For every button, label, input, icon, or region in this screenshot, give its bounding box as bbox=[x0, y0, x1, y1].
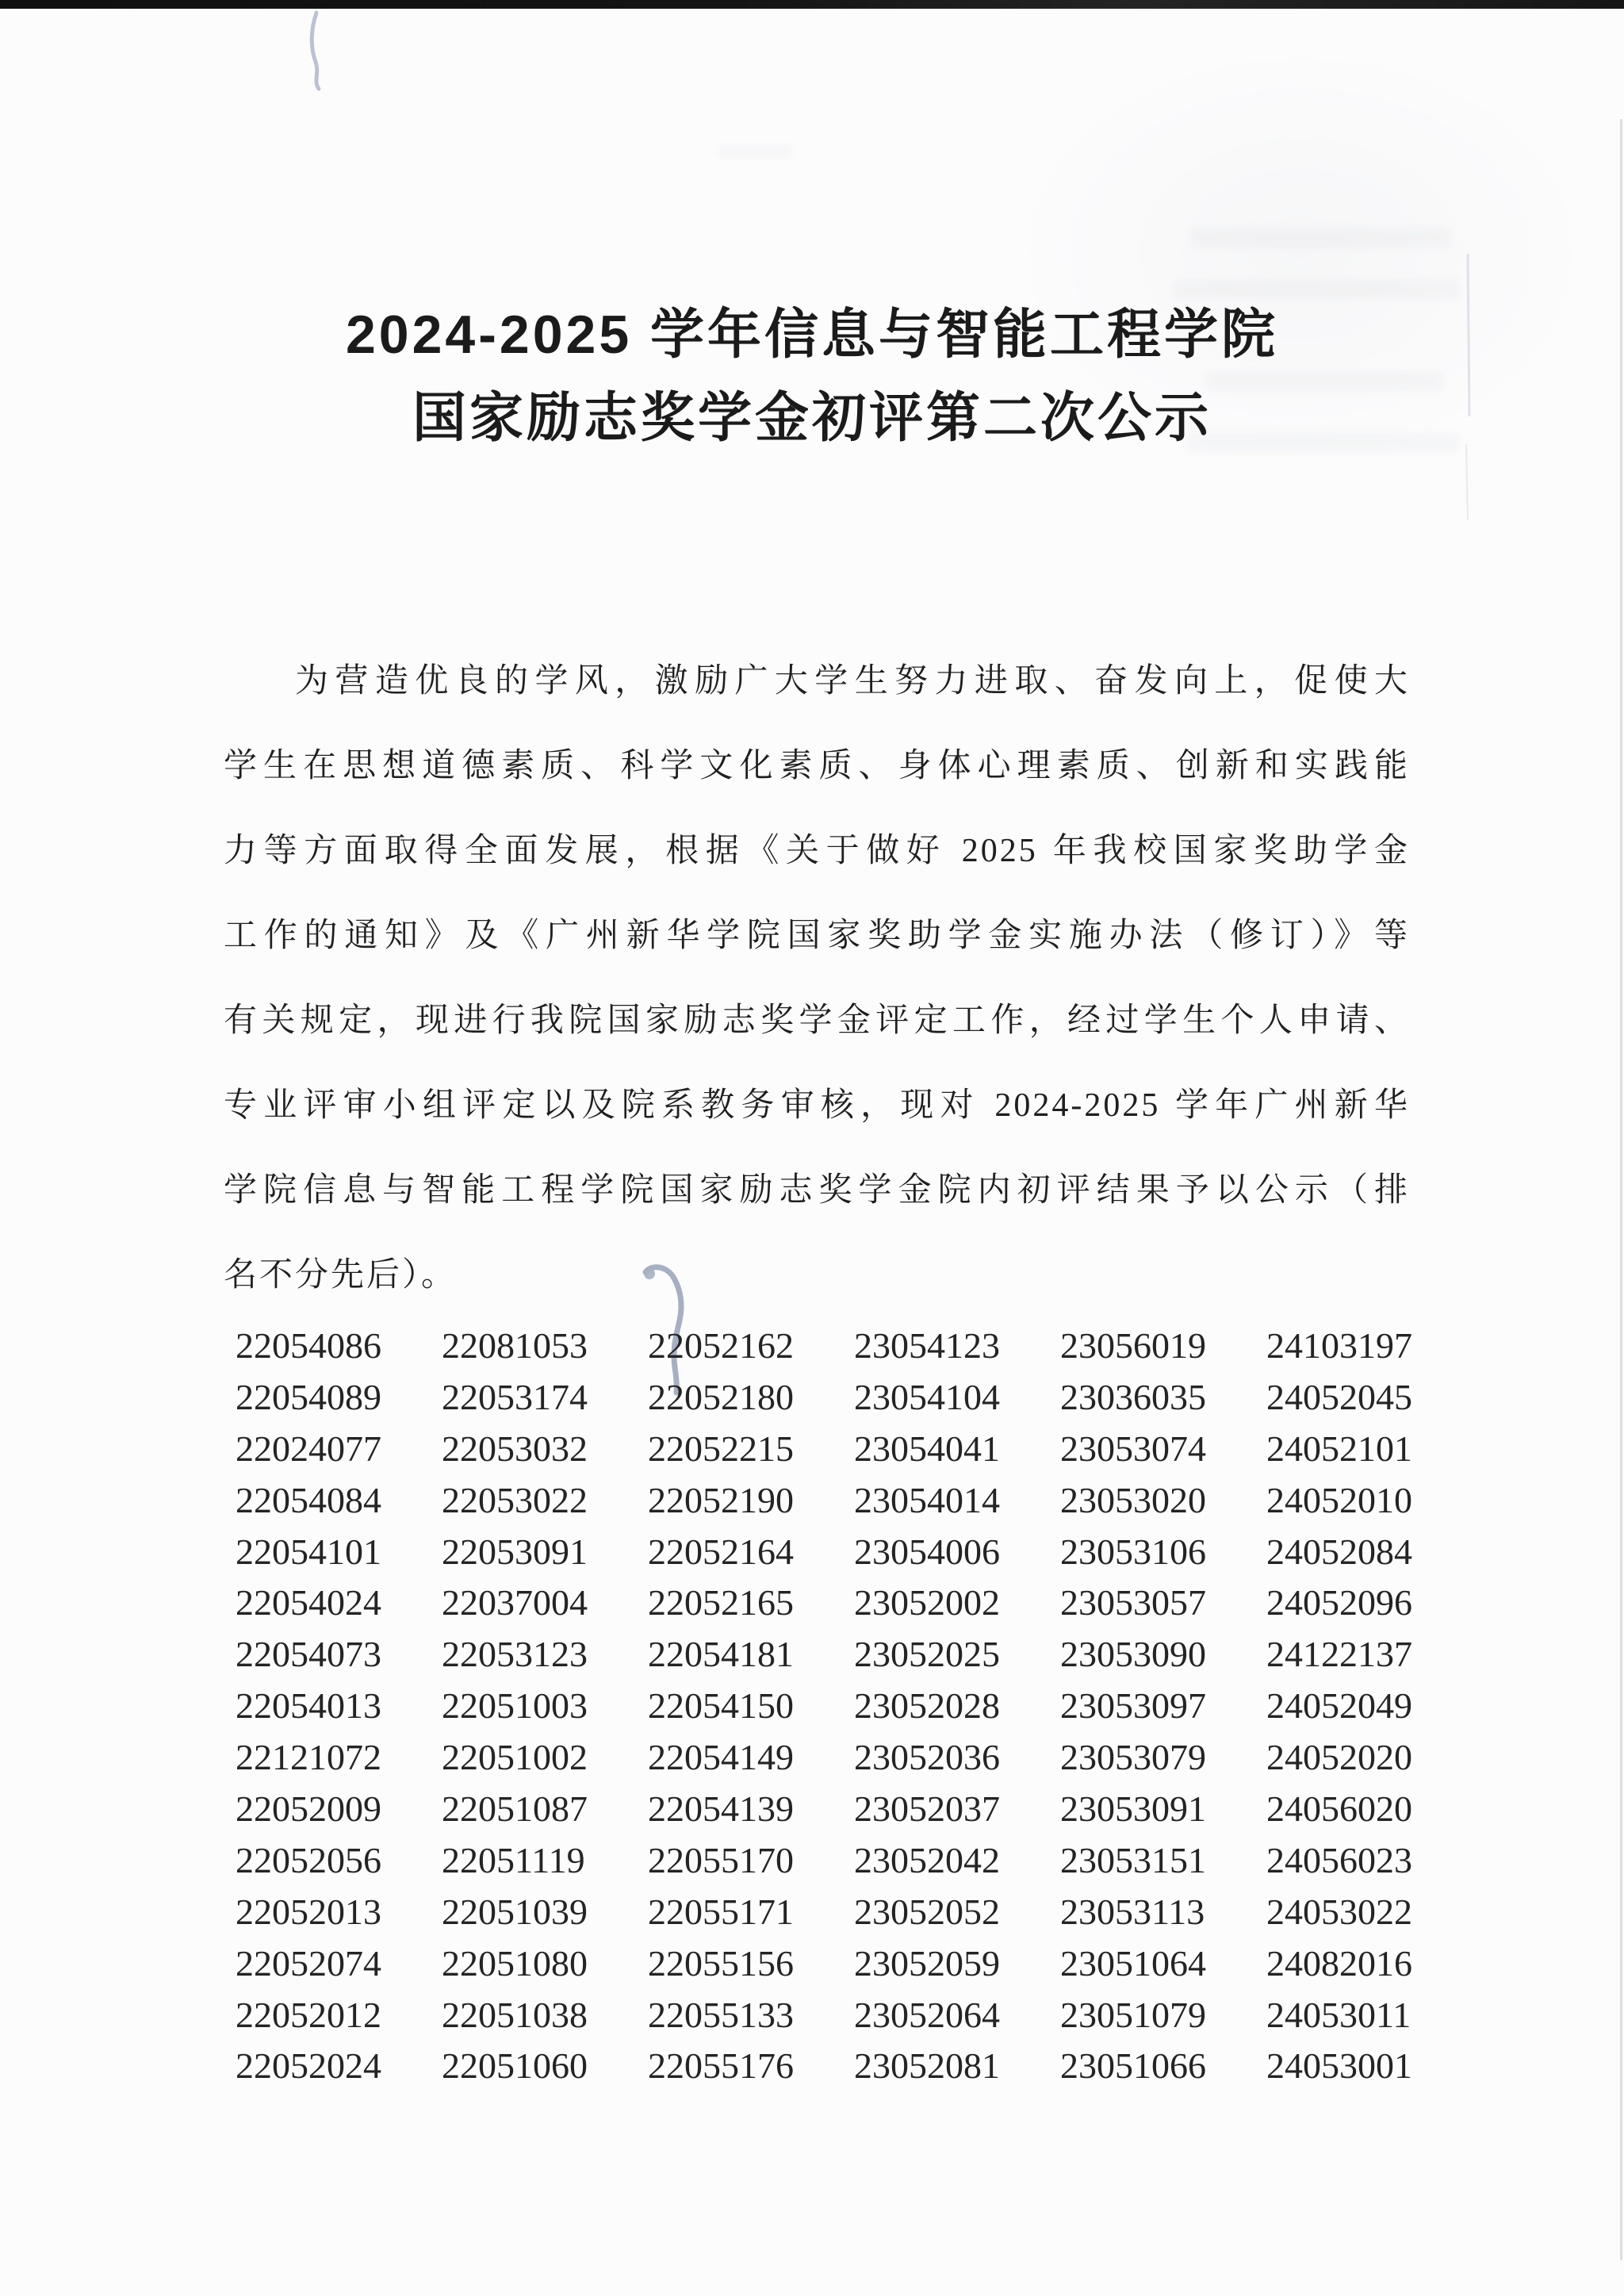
student-id: 22053174 bbox=[442, 1371, 588, 1423]
student-id: 24052084 bbox=[1266, 1526, 1412, 1577]
student-id: 23051066 bbox=[1060, 2040, 1206, 2091]
student-id: 22052074 bbox=[236, 1938, 381, 1989]
student-id: 22051087 bbox=[442, 1783, 588, 1834]
student-id: 22053032 bbox=[442, 1423, 588, 1474]
student-id: 22052056 bbox=[236, 1834, 381, 1886]
scanned-document-page: 2024-2025 学年信息与智能工程学院 国家励志奖学金初评第二次公示 为营造… bbox=[0, 0, 1624, 2296]
paragraph-line: 专业评审小组评定以及院系教务审核，现对 2024-2025 学年广州新华 bbox=[224, 1064, 1410, 1148]
student-id: 23052052 bbox=[854, 1886, 1000, 1938]
student-id: 22052164 bbox=[648, 1526, 794, 1577]
student-id: 24056023 bbox=[1266, 1834, 1412, 1886]
student-id: 24053011 bbox=[1266, 1989, 1412, 2041]
student-id: 22054084 bbox=[236, 1474, 381, 1526]
student-id: 22054013 bbox=[236, 1680, 381, 1731]
student-id: 22051039 bbox=[442, 1886, 588, 1938]
student-id: 22054024 bbox=[236, 1577, 381, 1628]
student-id: 23052064 bbox=[854, 1989, 1000, 2041]
student-id: 23052002 bbox=[854, 1577, 1000, 1628]
student-id: 22052215 bbox=[648, 1423, 794, 1474]
paragraph-line: 学生在思想道德素质、科学文化素质、身体心理素质、创新和实践能 bbox=[224, 724, 1410, 809]
student-id: 24056020 bbox=[1266, 1783, 1412, 1834]
student-id: 22121072 bbox=[236, 1731, 381, 1783]
student-id: 23053151 bbox=[1060, 1834, 1206, 1886]
student-id: 24082016 bbox=[1266, 1938, 1412, 1989]
student-id: 22054150 bbox=[648, 1680, 794, 1731]
student-id: 22054073 bbox=[236, 1628, 381, 1680]
paragraph-line: 工作的通知》及《广州新华学院国家奖助学金实施办法（修订）》等 bbox=[224, 894, 1410, 979]
student-id: 22081053 bbox=[442, 1320, 588, 1371]
document-title-line1: 2024-2025 学年信息与智能工程学院 bbox=[0, 293, 1624, 377]
student-id: 23053074 bbox=[1060, 1423, 1206, 1474]
student-id: 22052162 bbox=[648, 1320, 794, 1371]
student-id: 22052013 bbox=[236, 1886, 381, 1938]
student-id: 22054139 bbox=[648, 1783, 794, 1834]
student-id: 24103197 bbox=[1266, 1320, 1412, 1371]
paragraph-line: 力等方面取得全面发展，根据《关于做好 2025 年我校国家奖助学金 bbox=[224, 809, 1410, 894]
scan-top-edge-artifact bbox=[0, 0, 1624, 9]
pen-mark-top bbox=[312, 13, 319, 89]
student-id: 23053079 bbox=[1060, 1731, 1206, 1783]
student-id: 23052037 bbox=[854, 1783, 1000, 1834]
bleed-through-artifact bbox=[1189, 227, 1451, 249]
student-id: 22052165 bbox=[648, 1577, 794, 1628]
student-id: 24052020 bbox=[1266, 1731, 1412, 1783]
student-id: 22054101 bbox=[236, 1526, 381, 1577]
student-id: 23053097 bbox=[1060, 1680, 1206, 1731]
student-id: 24122137 bbox=[1266, 1628, 1412, 1680]
student-id: 22051080 bbox=[442, 1938, 588, 1989]
student-id: 23053090 bbox=[1060, 1628, 1206, 1680]
student-id: 22053022 bbox=[442, 1474, 588, 1526]
student-id: 23036035 bbox=[1060, 1371, 1206, 1423]
student-id: 22055133 bbox=[648, 1989, 794, 2041]
student-id: 22052009 bbox=[236, 1783, 381, 1834]
paragraph-line: 名不分先后）。 bbox=[224, 1233, 1410, 1318]
student-id: 22052024 bbox=[236, 2040, 381, 2091]
student-id: 22055176 bbox=[648, 2040, 794, 2091]
student-id: 23054006 bbox=[854, 1526, 1000, 1577]
document-title-line2: 国家励志奖学金初评第二次公示 bbox=[0, 377, 1624, 460]
paragraph-line: 有关规定，现进行我院国家励志奖学金评定工作，经过学生个人申请、 bbox=[224, 979, 1410, 1064]
student-id: 24052096 bbox=[1266, 1577, 1412, 1628]
document-title: 2024-2025 学年信息与智能工程学院 国家励志奖学金初评第二次公示 bbox=[0, 293, 1624, 460]
student-id: 22053123 bbox=[442, 1628, 588, 1680]
student-id: 22051003 bbox=[442, 1680, 588, 1731]
student-id: 22053091 bbox=[442, 1526, 588, 1577]
student-id: 22054089 bbox=[236, 1371, 381, 1423]
student-id: 23054123 bbox=[854, 1320, 1000, 1371]
paragraph-line: 学院信息与智能工程学院国家励志奖学金院内初评结果予以公示（排 bbox=[224, 1148, 1410, 1233]
student-id: 22054181 bbox=[648, 1628, 794, 1680]
student-id: 23053113 bbox=[1060, 1886, 1206, 1938]
student-id: 22052190 bbox=[648, 1474, 794, 1526]
student-id: 23053057 bbox=[1060, 1577, 1206, 1628]
student-id-table: 2205408622081053220521622305412323056019… bbox=[236, 1320, 1412, 2091]
student-id: 24053022 bbox=[1266, 1886, 1412, 1938]
student-id: 22051060 bbox=[442, 2040, 588, 2091]
student-id: 24052049 bbox=[1266, 1680, 1412, 1731]
student-id: 24052101 bbox=[1266, 1423, 1412, 1474]
student-id: 22055156 bbox=[648, 1938, 794, 1989]
student-id: 23052028 bbox=[854, 1680, 1000, 1731]
student-id: 22055171 bbox=[648, 1886, 794, 1938]
student-id: 22054149 bbox=[648, 1731, 794, 1783]
student-id: 23052025 bbox=[854, 1628, 1000, 1680]
student-id: 23051079 bbox=[1060, 1989, 1206, 2041]
student-id: 22051002 bbox=[442, 1731, 588, 1783]
student-id: 23053106 bbox=[1060, 1526, 1206, 1577]
bleed-through-artifact bbox=[718, 144, 793, 159]
student-id: 23052042 bbox=[854, 1834, 1000, 1886]
student-id: 22052180 bbox=[648, 1371, 794, 1423]
student-id: 23056019 bbox=[1060, 1320, 1206, 1371]
student-id: 22051038 bbox=[442, 1989, 588, 2041]
student-id: 22054086 bbox=[236, 1320, 381, 1371]
student-id: 23054104 bbox=[854, 1371, 1000, 1423]
student-id: 22055170 bbox=[648, 1834, 794, 1886]
student-id: 23052036 bbox=[854, 1731, 1000, 1783]
student-id: 23052059 bbox=[854, 1938, 1000, 1989]
student-id: 23053020 bbox=[1060, 1474, 1206, 1526]
student-id: 24052045 bbox=[1266, 1371, 1412, 1423]
student-id: 22052012 bbox=[236, 1989, 381, 2041]
student-id: 23054041 bbox=[854, 1423, 1000, 1474]
notice-paragraph: 为营造优良的学风，激励广大学生努力进取、奋发向上，促使大 学生在思想道德素质、科… bbox=[224, 639, 1410, 1318]
student-id: 22024077 bbox=[236, 1423, 381, 1474]
student-id: 23052081 bbox=[854, 2040, 1000, 2091]
student-id: 23051064 bbox=[1060, 1938, 1206, 1989]
paragraph-line: 为营造优良的学风，激励广大学生努力进取、奋发向上，促使大 bbox=[224, 639, 1410, 724]
student-id: 24053001 bbox=[1266, 2040, 1412, 2091]
student-id: 23053091 bbox=[1060, 1783, 1206, 1834]
student-id: 23054014 bbox=[854, 1474, 1000, 1526]
student-id: 22051119 bbox=[442, 1834, 588, 1886]
student-id: 22037004 bbox=[442, 1577, 588, 1628]
student-id: 24052010 bbox=[1266, 1474, 1412, 1526]
